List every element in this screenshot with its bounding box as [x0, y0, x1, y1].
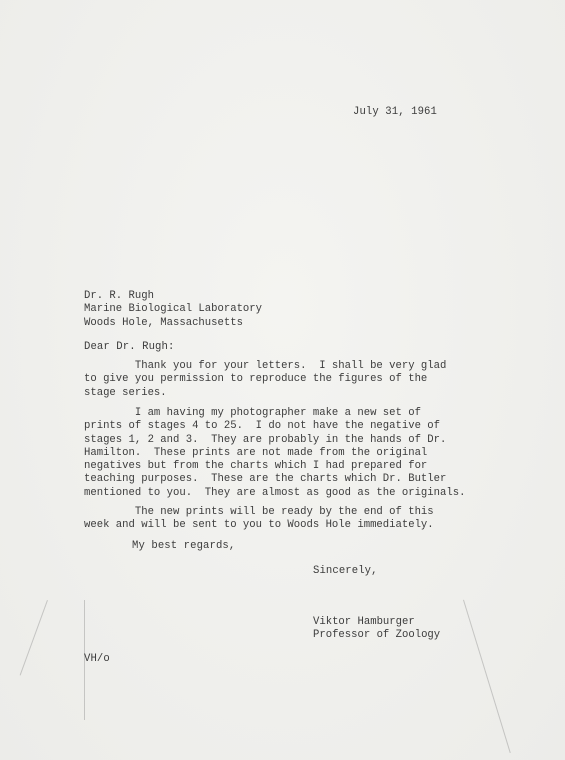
signature-block: Viktor Hamburger Professor of Zoology: [313, 616, 440, 643]
closing-remark: My best regards,: [132, 540, 235, 553]
paper-crease: [20, 600, 48, 676]
paragraph-2: I am having my photographer make a new s…: [84, 407, 465, 500]
recipient-address: Dr. R. Rugh Marine Biological Laboratory…: [84, 290, 262, 330]
paragraph-line: The new prints will be ready by the end …: [84, 506, 434, 519]
recipient-city: Woods Hole, Massachusetts: [84, 317, 262, 330]
typist-initials: VH/o: [84, 653, 110, 666]
salutation: Dear Dr. Rugh:: [84, 341, 174, 354]
paragraph-1: Thank you for your letters. I shall be v…: [84, 360, 446, 400]
paragraph-line: mentioned to you. They are almost as goo…: [84, 487, 465, 500]
paragraph-line: prints of stages 4 to 25. I do not have …: [84, 420, 465, 433]
paragraph-line: I am having my photographer make a new s…: [84, 407, 465, 420]
paper-crease: [463, 600, 511, 753]
paragraph-line: stage series.: [84, 387, 446, 400]
paragraph-line: to give you permission to reproduce the …: [84, 373, 446, 386]
signature-title: Professor of Zoology: [313, 629, 440, 642]
signature-name: Viktor Hamburger: [313, 616, 440, 629]
letter-page: July 31, 1961 Dr. R. Rugh Marine Biologi…: [0, 0, 565, 760]
paragraph-line: Thank you for your letters. I shall be v…: [84, 360, 446, 373]
paragraph-line: teaching purposes. These are the charts …: [84, 473, 465, 486]
recipient-institution: Marine Biological Laboratory: [84, 303, 262, 316]
paragraph-line: stages 1, 2 and 3. They are probably in …: [84, 434, 465, 447]
paragraph-3: The new prints will be ready by the end …: [84, 506, 434, 533]
paragraph-line: Hamilton. These prints are not made from…: [84, 447, 465, 460]
recipient-name: Dr. R. Rugh: [84, 290, 262, 303]
valediction: Sincerely,: [313, 565, 378, 578]
paragraph-line: negatives but from the charts which I ha…: [84, 460, 465, 473]
paragraph-line: week and will be sent to you to Woods Ho…: [84, 519, 434, 532]
letter-date: July 31, 1961: [353, 106, 437, 119]
